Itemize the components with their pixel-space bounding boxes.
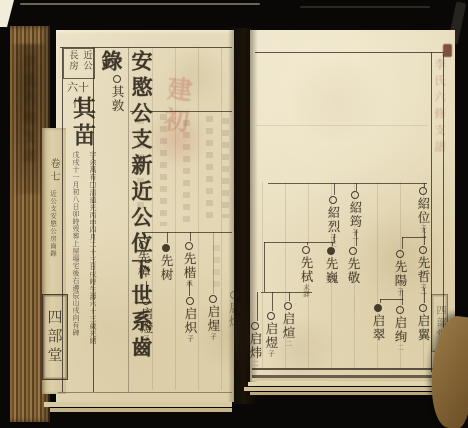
red-seal-smudge	[150, 110, 205, 170]
corner-highlight	[0, 0, 14, 27]
book-photo: 李氏六修支譜 卷七 近公支安愍公房齒錄 四部堂 近公長房 十六代 其苗 字余萬有…	[0, 0, 468, 428]
circle-marker	[113, 75, 121, 83]
connector-line	[146, 281, 147, 296]
tree-node: 先哲子一	[416, 245, 430, 297]
tree-node: 启翠	[371, 303, 385, 342]
tree-node: 先陽子二	[393, 249, 407, 301]
tree-node: 紹位子二	[416, 186, 430, 238]
connector-line	[289, 292, 290, 301]
frame-line	[58, 392, 232, 393]
connector-line	[264, 242, 265, 292]
tree-node: 先巍	[324, 246, 338, 285]
circle-marker	[349, 247, 357, 255]
tree-node: 紹筠子一	[348, 190, 362, 242]
connector-line	[142, 232, 232, 233]
circle-marker	[419, 246, 427, 254]
tree-node: 启翼	[416, 303, 430, 342]
connector-line	[190, 232, 191, 241]
page-edge	[244, 387, 448, 391]
page-edge	[248, 382, 450, 386]
tree-node: 启煜子	[264, 311, 278, 357]
tree-node: 启煋子	[206, 294, 220, 340]
connector-line	[424, 237, 425, 245]
tree-node: 紹烈子三	[326, 195, 340, 247]
bleed-through-marks	[137, 118, 144, 218]
circle-marker	[139, 241, 147, 249]
connector-line	[334, 183, 335, 195]
connector-line	[213, 232, 214, 294]
circle-marker	[374, 304, 382, 312]
circle-marker	[186, 297, 194, 305]
frame-line	[255, 52, 444, 53]
column-rule	[221, 47, 222, 390]
circle-marker	[419, 304, 427, 312]
circle-marker	[302, 246, 310, 254]
page-edge	[44, 402, 232, 407]
cover-volume-label: 卷七	[46, 158, 61, 184]
tree-node: 先樟	[136, 240, 150, 279]
tree-node: 其敦	[110, 74, 124, 113]
frame-line	[252, 368, 446, 370]
branch-header-text: 近公長房	[67, 50, 92, 71]
page-edge	[250, 392, 446, 395]
circle-marker	[351, 191, 359, 199]
column-rule	[198, 47, 199, 390]
tree-node: 先栻未詳	[299, 245, 313, 297]
branch-header-box: 近公長房	[63, 48, 95, 79]
crease-line	[256, 125, 428, 126]
circle-marker	[267, 312, 275, 320]
bio-column-1: 字余萬有□清道光丙申四月二十三日戌時生壽六十三歲光緒	[83, 151, 97, 391]
bleed-through-marks	[160, 114, 167, 226]
book-fold-shadow	[228, 28, 258, 404]
tree-node: 启绚二	[393, 305, 407, 351]
paper-stain	[280, 60, 390, 140]
tree-node: 先楷承	[182, 241, 196, 287]
page-edge	[252, 378, 450, 381]
tree-node: 启煊二	[281, 301, 295, 347]
person-name: 其苗	[66, 96, 99, 150]
circle-marker	[284, 302, 292, 310]
connector-line	[272, 292, 273, 311]
circle-marker	[419, 187, 427, 195]
corner-mark	[443, 44, 452, 57]
tree-node: 启炽子	[183, 296, 197, 342]
circle-marker	[396, 306, 404, 314]
margin-book-title: 李氏六修支譜	[432, 58, 448, 157]
circle-marker	[329, 196, 337, 204]
spine-title: 李氏六修支譜	[18, 54, 37, 168]
connector-line	[130, 111, 232, 112]
circle-marker	[185, 242, 193, 250]
edge-highlight	[448, 1, 467, 44]
bio-column-2: 戊戌十一月初八日卯時歿葬上屋場宅後右邊辰山戌向有碑	[66, 151, 80, 379]
connector-line	[268, 183, 427, 184]
tree-node: 启燈子	[139, 296, 153, 342]
edge-highlight	[20, 3, 260, 5]
cover-series-label: 近公支安愍公房齒錄	[49, 190, 58, 295]
hall-mark-box: 四部堂	[42, 294, 68, 380]
connector-line	[264, 242, 335, 243]
page-edge	[50, 408, 232, 412]
connector-line	[402, 237, 403, 249]
bleed-through-marks	[183, 120, 190, 224]
connector-line	[144, 232, 145, 240]
circle-marker	[142, 297, 150, 305]
bleed-through-marks	[206, 116, 213, 224]
tree-node: 先树	[159, 243, 173, 282]
edge-highlight	[300, 6, 430, 8]
circle-marker	[209, 295, 217, 303]
circle-marker	[396, 250, 404, 258]
connector-line	[167, 232, 168, 243]
tree-node: 先敬	[346, 246, 360, 285]
circle-marker	[162, 244, 170, 252]
circle-marker	[327, 247, 335, 255]
